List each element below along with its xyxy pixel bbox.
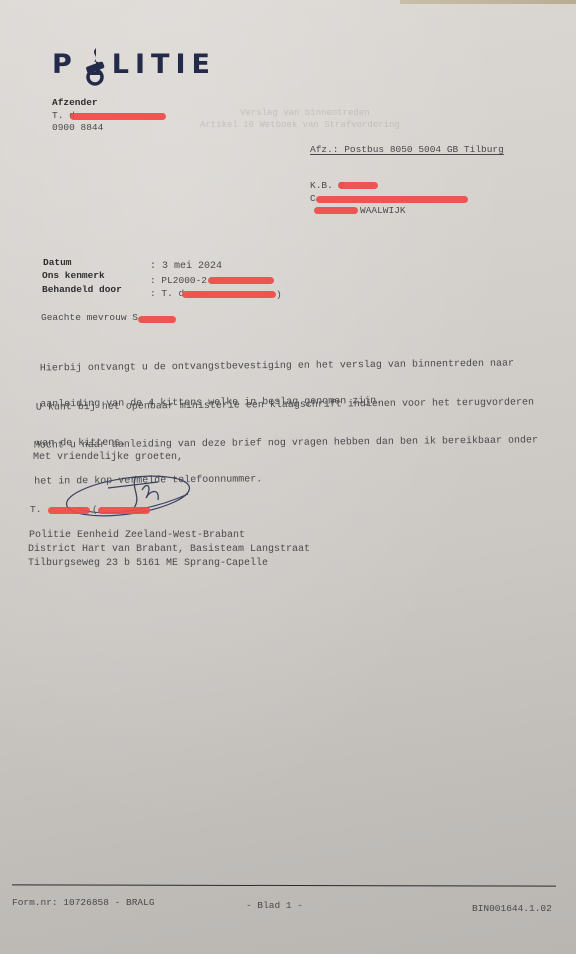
politie-logo: P LITIE — [52, 48, 216, 80]
redaction-mark — [48, 507, 90, 514]
logo-letter-p: P — [52, 49, 78, 80]
redaction-mark — [208, 277, 274, 284]
document-code: BIN001644.1.02 — [472, 903, 552, 914]
handler-close: ) — [276, 289, 282, 300]
redaction-mark — [138, 316, 176, 323]
signer-paren: ( — [92, 504, 98, 515]
recipient-city: WAALWIJK — [360, 205, 406, 216]
org-line-2: District Hart van Brabant, Basisteam Lan… — [28, 544, 310, 555]
reference-label: Ons kenmerk — [42, 270, 105, 281]
sender-phone: 0900 8844 — [52, 122, 103, 133]
redaction-mark — [182, 291, 276, 298]
background-edge — [400, 0, 576, 4]
return-address: Afz.: Postbus 8050 5004 GB Tilburg — [310, 144, 504, 155]
signer-initial: T. — [30, 504, 41, 515]
redaction-mark — [98, 507, 150, 514]
org-line-1: Politie Eenheid Zeeland-West-Brabant — [29, 530, 245, 541]
redaction-mark — [314, 207, 358, 214]
logo-text: LITIE — [112, 49, 216, 80]
recipient-line-2: C — [310, 193, 316, 204]
date-label: Datum — [43, 257, 72, 268]
paragraph-line: Mocht u naar aanleiding van deze brief n… — [34, 435, 538, 452]
form-number: Form.nr: 10726858 - BRALG — [12, 897, 155, 908]
redaction-mark — [316, 196, 468, 203]
handler-label: Behandeld door — [42, 284, 122, 295]
page-number: - Blad 1 - — [246, 900, 303, 911]
date-value: : 3 mei 2024 — [150, 261, 222, 272]
handler-value: : T. d — [150, 288, 184, 299]
signature-icon — [48, 468, 198, 526]
redaction-mark — [70, 113, 166, 120]
org-line-3: Tilburgseweg 23 b 5161 ME Sprang-Capelle — [28, 558, 268, 569]
bleed-through-text: Artikel 10 Wetboek van Strafvordering — [200, 120, 400, 130]
footer-divider — [12, 884, 556, 886]
reference-value: : PL2000-2 — [150, 275, 207, 286]
sender-label: Afzender — [52, 97, 98, 108]
police-emblem-icon — [80, 46, 110, 86]
bleed-through-text: Verslag van binnentreden — [240, 108, 370, 118]
salutation: Geachte mevrouw S — [41, 312, 138, 323]
redaction-mark — [338, 182, 378, 189]
paragraph-line: Hierbij ontvangt u de ontvangstbevestigi… — [40, 359, 514, 376]
closing: Met vriendelijke groeten, — [33, 452, 183, 463]
